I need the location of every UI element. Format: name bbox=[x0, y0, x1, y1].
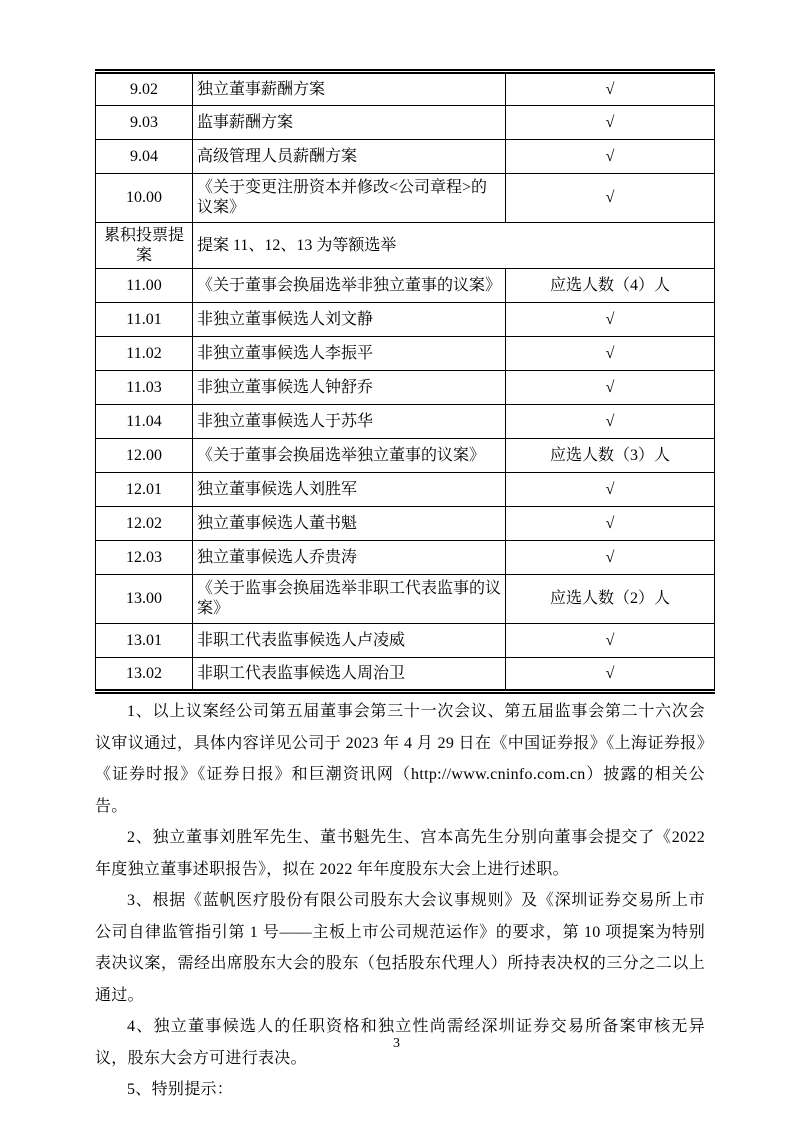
proposal-title: 独立董事候选人乔贵涛 bbox=[193, 541, 506, 575]
table-row: 12.00 《关于董事会换届选举独立董事的议案》 应选人数（3）人 bbox=[96, 439, 715, 473]
table-row: 13.01 非职工代表监事候选人卢凌威 √ bbox=[96, 624, 715, 658]
proposal-no: 12.03 bbox=[96, 541, 193, 575]
proposal-title: 《关于变更注册资本并修改<公司章程>的议案》 bbox=[193, 174, 506, 223]
proposal-vote: √ bbox=[506, 658, 715, 692]
note-paragraph: 2、独立董事刘胜军先生、董书魁先生、宫本高先生分别向董事会提交了《2022 年度… bbox=[95, 822, 705, 885]
proposal-title: 独立董事薪酬方案 bbox=[193, 72, 506, 106]
proposal-no: 10.00 bbox=[96, 174, 193, 223]
proposal-title: 独立董事候选人董书魁 bbox=[193, 507, 506, 541]
proposal-vote: √ bbox=[506, 303, 715, 337]
page-number: 3 bbox=[0, 1036, 793, 1052]
proposal-title: 监事薪酬方案 bbox=[193, 106, 506, 140]
proposal-title: 《关于董事会换届选举独立董事的议案》 bbox=[193, 439, 506, 473]
table-row-cumulative-voting: 累积投票提案 提案 11、12、13 为等额选举 bbox=[96, 223, 715, 269]
proposal-no: 9.02 bbox=[96, 72, 193, 106]
proposal-no: 13.00 bbox=[96, 575, 193, 624]
proposal-vote: √ bbox=[506, 371, 715, 405]
proposal-no: 13.01 bbox=[96, 624, 193, 658]
proposal-no: 12.00 bbox=[96, 439, 193, 473]
proposal-vote: 应选人数（4）人 bbox=[506, 269, 715, 303]
proposal-vote: √ bbox=[506, 541, 715, 575]
proposal-title: 高级管理人员薪酬方案 bbox=[193, 140, 506, 174]
table-row: 11.03 非独立董事候选人钟舒乔 √ bbox=[96, 371, 715, 405]
proposal-no: 9.03 bbox=[96, 106, 193, 140]
proposals-table: 9.02 独立董事薪酬方案 √ 9.03 监事薪酬方案 √ 9.04 高级管理人… bbox=[95, 69, 715, 694]
proposal-title: 独立董事候选人刘胜军 bbox=[193, 473, 506, 507]
proposal-no: 13.02 bbox=[96, 658, 193, 692]
proposal-vote: √ bbox=[506, 174, 715, 223]
proposal-no: 11.00 bbox=[96, 269, 193, 303]
table-row: 9.02 独立董事薪酬方案 √ bbox=[96, 72, 715, 106]
proposal-vote: √ bbox=[506, 507, 715, 541]
cumulative-voting-note: 提案 11、12、13 为等额选举 bbox=[193, 223, 715, 269]
proposal-no: 11.03 bbox=[96, 371, 193, 405]
page-content: 9.02 独立董事薪酬方案 √ 9.03 监事薪酬方案 √ 9.04 高级管理人… bbox=[95, 69, 705, 1106]
note-paragraph: 5、特别提示： bbox=[95, 1074, 705, 1106]
proposal-no: 9.04 bbox=[96, 140, 193, 174]
proposal-vote: √ bbox=[506, 106, 715, 140]
table-row: 11.00 《关于董事会换届选举非独立董事的议案》 应选人数（4）人 bbox=[96, 269, 715, 303]
cumulative-voting-label: 累积投票提案 bbox=[96, 223, 193, 269]
proposal-title: 《关于监事会换届选举非职工代表监事的议案》 bbox=[193, 575, 506, 624]
table-row: 12.02 独立董事候选人董书魁 √ bbox=[96, 507, 715, 541]
table-row: 9.03 监事薪酬方案 √ bbox=[96, 106, 715, 140]
proposal-vote: √ bbox=[506, 140, 715, 174]
table-row: 13.00 《关于监事会换届选举非职工代表监事的议案》 应选人数（2）人 bbox=[96, 575, 715, 624]
proposal-vote: √ bbox=[506, 337, 715, 371]
proposal-title: 非独立董事候选人钟舒乔 bbox=[193, 371, 506, 405]
table-row: 11.01 非独立董事候选人刘文静 √ bbox=[96, 303, 715, 337]
proposal-no: 11.04 bbox=[96, 405, 193, 439]
proposal-no: 11.01 bbox=[96, 303, 193, 337]
proposal-vote: 应选人数（3）人 bbox=[506, 439, 715, 473]
proposal-title: 《关于董事会换届选举非独立董事的议案》 bbox=[193, 269, 506, 303]
note-paragraph: 3、根据《蓝帆医疗股份有限公司股东大会议事规则》及《深圳证券交易所上市公司自律监… bbox=[95, 885, 705, 1011]
table-row: 10.00 《关于变更注册资本并修改<公司章程>的议案》 √ bbox=[96, 174, 715, 223]
proposal-vote: √ bbox=[506, 72, 715, 106]
table-row: 13.02 非职工代表监事候选人周治卫 √ bbox=[96, 658, 715, 692]
proposal-vote: √ bbox=[506, 473, 715, 507]
proposal-title: 非职工代表监事候选人周治卫 bbox=[193, 658, 506, 692]
document-page: 9.02 独立董事薪酬方案 √ 9.03 监事薪酬方案 √ 9.04 高级管理人… bbox=[0, 0, 793, 1122]
table-row: 12.03 独立董事候选人乔贵涛 √ bbox=[96, 541, 715, 575]
table-row: 11.02 非独立董事候选人李振平 √ bbox=[96, 337, 715, 371]
note-paragraph: 1、以上议案经公司第五届董事会第三十一次会议、第五届监事会第二十六次会议审议通过… bbox=[95, 696, 705, 822]
table-row: 11.04 非独立董事候选人于苏华 √ bbox=[96, 405, 715, 439]
proposal-title: 非职工代表监事候选人卢凌威 bbox=[193, 624, 506, 658]
proposal-title: 非独立董事候选人于苏华 bbox=[193, 405, 506, 439]
proposal-vote: 应选人数（2）人 bbox=[506, 575, 715, 624]
proposal-no: 12.02 bbox=[96, 507, 193, 541]
proposal-no: 12.01 bbox=[96, 473, 193, 507]
table-row: 12.01 独立董事候选人刘胜军 √ bbox=[96, 473, 715, 507]
proposal-vote: √ bbox=[506, 624, 715, 658]
proposal-vote: √ bbox=[506, 405, 715, 439]
proposal-title: 非独立董事候选人李振平 bbox=[193, 337, 506, 371]
proposal-no: 11.02 bbox=[96, 337, 193, 371]
table-row: 9.04 高级管理人员薪酬方案 √ bbox=[96, 140, 715, 174]
proposal-title: 非独立董事候选人刘文静 bbox=[193, 303, 506, 337]
